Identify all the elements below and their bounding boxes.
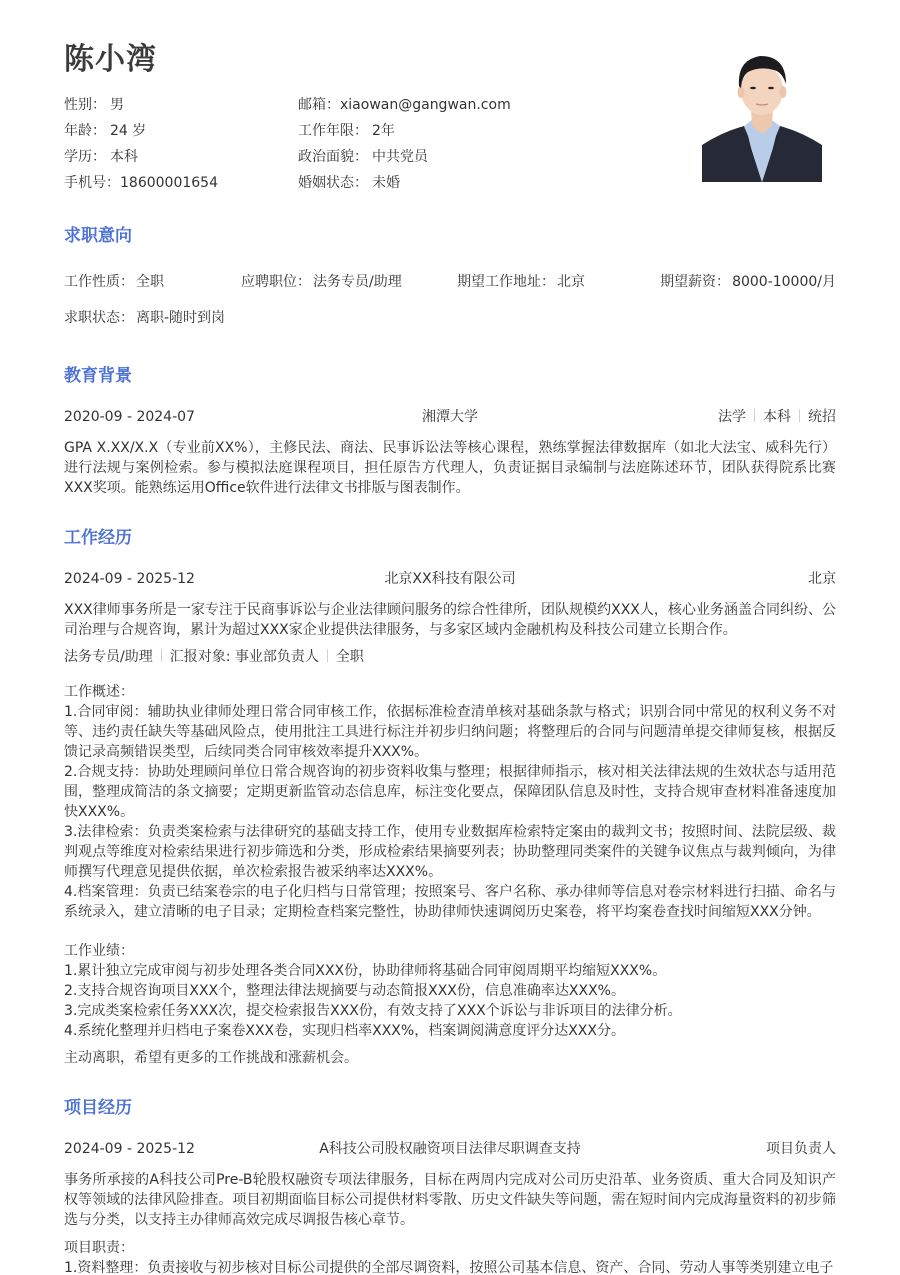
education-tags: 法学本科统招 — [718, 406, 836, 428]
work-overview-item: 4.档案管理：负责已结案卷宗的电子化归档与日常管理；按照案号、客户名称、承办律师… — [64, 882, 836, 922]
education-description: GPA X.XX/X.X（专业前XX%），主修民法、商法、民事诉讼法等核心课程，… — [64, 438, 836, 498]
intent-salary: 期望薪资：8000-10000/月 — [660, 271, 836, 293]
work-company: 北京XX科技有限公司 — [64, 568, 836, 590]
work-company-intro: XXX律师事务所是一家专注于民商事诉讼与企业法律顾问服务的综合性律所，团队规模约… — [64, 600, 836, 640]
intent-status: 求职状态：离职-随时到岗 — [64, 307, 225, 329]
work-overview-title: 工作概述： — [64, 682, 836, 702]
work-header-row: 2024-09 - 2025-12 北京XX科技有限公司 北京 — [64, 568, 836, 590]
work-leave-reason: 主动离职，希望有更多的工作挑战和涨薪机会。 — [64, 1048, 836, 1068]
work-achievements: 工作业绩： 1.累计独立完成审阅与初步处理各类合同XXX份，协助律师将基础合同审… — [64, 941, 836, 1041]
label: 政治面貌： — [298, 149, 368, 165]
work-type: 全职 — [336, 649, 364, 665]
divider — [799, 409, 800, 422]
education-degree: 本科 — [763, 409, 791, 425]
value: 本科 — [110, 149, 138, 165]
project-duties: 项目职责： 1.资料整理：负责接收与初步核对目标公司提供的全部尽调资料，按照公司… — [64, 1238, 836, 1275]
label: 应聘职位： — [241, 274, 311, 290]
section-title-project: 项目经历 — [64, 1096, 132, 1120]
basic-marital-status: 婚姻状态：未婚 — [298, 172, 400, 194]
divider — [161, 649, 162, 662]
value: 离职-随时到岗 — [136, 310, 225, 326]
value: 全职 — [136, 274, 164, 290]
label: 工作性质： — [64, 274, 134, 290]
work-overview-item: 3.法律检索：负责类案检索与法律研究的基础支持工作，使用专业数据库检索特定案由的… — [64, 822, 836, 882]
section-title-work: 工作经历 — [64, 526, 132, 550]
project-description: 事务所承接的A科技公司Pre-B轮股权融资专项法律服务，目标在两周内完成对公司历… — [64, 1170, 836, 1230]
work-overview-item: 2.合规支持：协助处理顾问单位日常合规咨询的初步资料收集与整理；根据律师指示，核… — [64, 762, 836, 822]
label: 求职状态： — [64, 310, 134, 326]
label: 学历： — [64, 149, 106, 165]
divider — [327, 649, 328, 662]
section-title-intent: 求职意向 — [64, 224, 132, 248]
project-name: A科技公司股权融资项目法律尽职调查支持 — [64, 1138, 836, 1160]
value: 24 岁 — [110, 123, 146, 139]
value: 北京 — [557, 274, 585, 290]
label: 期望工作地址： — [457, 274, 555, 290]
candidate-name: 陈小湾 — [64, 40, 157, 80]
project-duty-item: 1.资料整理：负责接收与初步核对目标公司提供的全部尽调资料，按照公司基本信息、资… — [64, 1258, 836, 1275]
value: 中共党员 — [372, 149, 428, 165]
work-city: 北京 — [808, 568, 836, 590]
basic-age: 年龄：24 岁 — [64, 120, 146, 142]
work-achievement-item: 3.完成类案检索任务XXX次，提交检索报告XXX份，有效支持了XXX个诉讼与非诉… — [64, 1001, 836, 1021]
basic-work-years: 工作年限：2年 — [298, 120, 395, 142]
intent-position: 应聘职位：法务专员/助理 — [241, 271, 402, 293]
label: 期望薪资： — [660, 274, 730, 290]
work-report-to: 汇报对象: 事业部负责人 — [170, 649, 319, 665]
label: 工作年限： — [298, 123, 368, 139]
portrait-icon — [702, 50, 822, 182]
value: 2年 — [372, 123, 395, 139]
intent-location: 期望工作地址：北京 — [457, 271, 585, 293]
section-title-education: 教育背景 — [64, 364, 132, 388]
value: 法务专员/助理 — [313, 274, 402, 290]
profile-photo — [702, 50, 822, 182]
divider — [754, 409, 755, 422]
work-achievement-item: 4.系统化整理并归档电子案卷XXX卷，实现归档率XXX%，档案调阅满意度评分达X… — [64, 1021, 836, 1041]
value: 未婚 — [372, 175, 400, 191]
work-role: 法务专员/助理 — [64, 649, 153, 665]
label: 年龄： — [64, 123, 106, 139]
basic-education: 学历：本科 — [64, 146, 138, 168]
label: 手机号： — [64, 175, 120, 191]
project-duties-title: 项目职责： — [64, 1238, 836, 1258]
work-overview-item: 1.合同审阅：辅助执业律师处理日常合同审核工作，依据标准检查清单核对基础条款与格… — [64, 702, 836, 762]
value: xiaowan@gangwan.com — [340, 97, 511, 113]
label: 性别： — [64, 97, 106, 113]
value: 18600001654 — [120, 175, 218, 191]
work-achievements-title: 工作业绩： — [64, 941, 836, 961]
label: 邮箱： — [298, 97, 340, 113]
education-major: 法学 — [718, 409, 746, 425]
work-overview: 工作概述： 1.合同审阅：辅助执业律师处理日常合同审核工作，依据标准检查清单核对… — [64, 682, 836, 922]
basic-political-status: 政治面貌：中共党员 — [298, 146, 428, 168]
project-role: 项目负责人 — [766, 1138, 836, 1160]
basic-phone: 手机号：18600001654 — [64, 172, 218, 194]
intent-work-type: 工作性质：全职 — [64, 271, 164, 293]
work-achievement-item: 2.支持合规咨询项目XXX个，整理法律法规摘要与动态简报XXX份，信息准确率达X… — [64, 981, 836, 1001]
work-achievement-item: 1.累计独立完成审阅与初步处理各类合同XXX份，协助律师将基础合同审阅周期平均缩… — [64, 961, 836, 981]
project-header-row: 2024-09 - 2025-12 A科技公司股权融资项目法律尽职调查支持 项目… — [64, 1138, 836, 1160]
education-header-row: 2020-09 - 2024-07 湘潭大学 法学本科统招 — [64, 406, 836, 428]
work-tags: 法务专员/助理汇报对象: 事业部负责人全职 — [64, 646, 364, 668]
label: 婚姻状态： — [298, 175, 368, 191]
education-enrollment: 统招 — [808, 409, 836, 425]
basic-gender: 性别：男 — [64, 94, 124, 116]
value: 男 — [110, 97, 124, 113]
value: 8000-10000/月 — [732, 274, 836, 290]
basic-email: 邮箱：xiaowan@gangwan.com — [298, 94, 511, 116]
